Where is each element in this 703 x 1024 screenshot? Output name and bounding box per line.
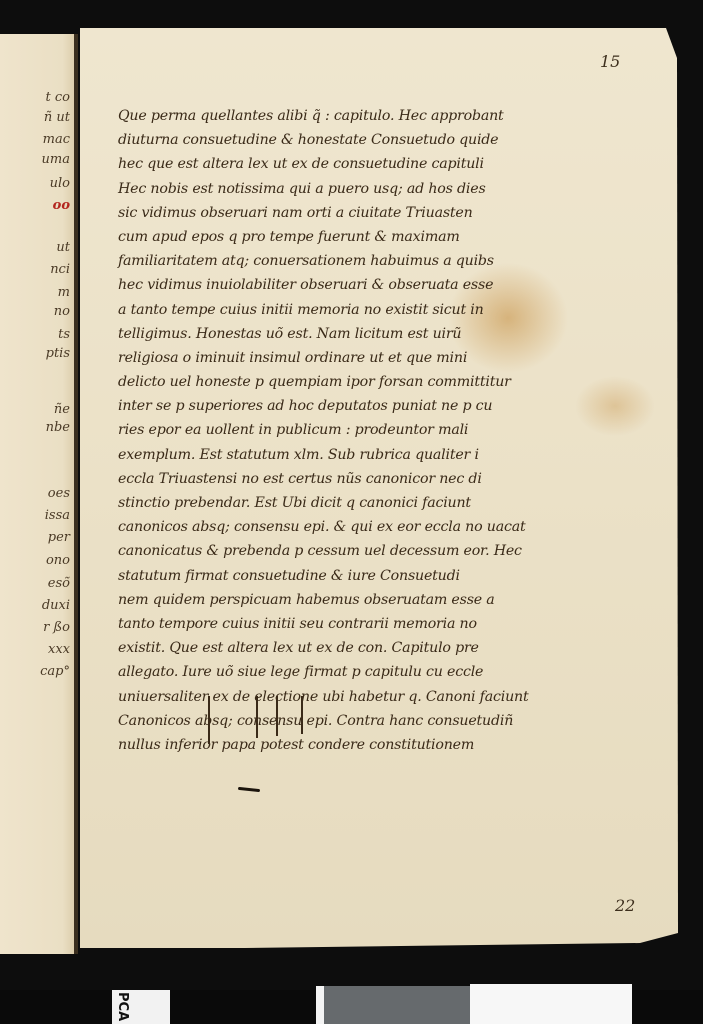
text-fragment: ñe [54,402,70,417]
text-fragment: esõ [48,576,70,591]
text-fragment: oes [48,486,70,501]
folio-number: 15 [600,52,620,71]
manuscript-line: uniuersaliter ex de electione ubi habetu… [118,685,588,709]
manuscript-line: allegato. Iure uõ siue lege firmat p cap… [118,660,588,684]
manuscript-line: exemplum. Est statutum xlm. Sub rubrica … [118,443,588,467]
signature-mark: 22 [615,896,635,915]
text-fragment: duxi [42,598,70,613]
text-fragment: ñ ut [44,110,70,125]
text-fragment: xxx [48,642,70,657]
text-fragment: nbe [46,420,70,435]
manuscript-line: delicto uel honeste p quempiam ipor fors… [118,370,588,394]
pen-stroke [276,696,278,736]
text-fragment: ono [46,553,70,568]
color-target-gray [324,986,470,1024]
manuscript-line: inter se p superiores ad hoc deputatos p… [118,394,588,418]
pen-stroke [301,696,303,734]
manuscript-line: existit. Que est altera lex ut ex de con… [118,636,588,660]
manuscript-line: tanto tempore cuius initii seu contrarii… [118,612,588,636]
text-fragment: cap° [40,664,70,679]
text-fragment: ts [58,327,70,342]
ink-mark [238,787,260,792]
manuscript-line: telligimus. Honestas uõ est. Nam licitum… [118,322,588,346]
manuscript-page: 15 Que perma quellantes alibi q̃ : capit… [80,28,678,948]
page-gutter [74,34,78,954]
manuscript-line: a tanto tempe cuius initii memoria no ex… [118,298,588,322]
text-fragment: uma [42,152,70,167]
text-fragment: mac [43,132,70,147]
manuscript-text-block: Que perma quellantes alibi q̃ : capitulo… [118,104,588,757]
manuscript-line: Hec nobis est notissima qui a puero usq;… [118,177,588,201]
manuscript-line: cum apud epos q pro tempe fuerunt & maxi… [118,225,588,249]
text-fragment: ulo [50,176,70,191]
text-fragment: nci [50,262,70,277]
manuscript-line: nem quidem perspicuam habemus obseruatam… [118,588,588,612]
text-fragment: r ßo [43,620,70,635]
facing-page-left: t coñ utmacumauloooutncimnotsptisñenbeoe… [0,34,78,954]
manuscript-line: statutum firmat consuetudine & iure Cons… [118,564,588,588]
manuscript-line: hec vidimus inuiolabiliter obseruari & o… [118,273,588,297]
manuscript-line: nullus inferior papa potest condere cons… [118,733,588,757]
text-fragment: no [54,304,70,319]
manuscript-line: Que perma quellantes alibi q̃ : capitulo… [118,104,588,128]
manuscript-line: Canonicos absq; consensu epi. Contra han… [118,709,588,733]
text-fragment: m [58,285,70,300]
manuscript-line: hec que est altera lex ut ex de consuetu… [118,152,588,176]
manuscript-line: sic vidimus obseruari nam orti a ciuitat… [118,201,588,225]
manuscript-line: eccla Triuastensi no est certus nũs cano… [118,467,588,491]
text-fragment: ut [56,240,70,255]
pen-stroke [256,696,258,738]
manuscript-line: diuturna consuetudine & honestate Consue… [118,128,588,152]
manuscript-line: canonicos absq; consensu epi. & qui ex e… [118,515,588,539]
pen-stroke [208,696,210,744]
text-fragment: ptis [46,346,70,361]
manuscript-line: religiosa o iminuit insimul ordinare ut … [118,346,588,370]
color-target-white [470,984,632,1024]
text-fragment: issa [45,508,70,523]
manuscript-line: familiaritatem atq; conuersationem habui… [118,249,588,273]
manuscript-line: canonicatus & prebenda p cessum uel dece… [118,539,588,563]
ruler-label: PCA [115,992,130,1021]
manuscript-line: ries epor ea uollent in publicum : prode… [118,418,588,442]
color-target-white-edge [316,986,324,1024]
text-fragment: t co [46,90,70,105]
rubric-fragment: oo [53,198,70,213]
manuscript-line: stinctio prebendar. Est Ubi dicit q cano… [118,491,588,515]
text-fragment: per [48,530,70,545]
